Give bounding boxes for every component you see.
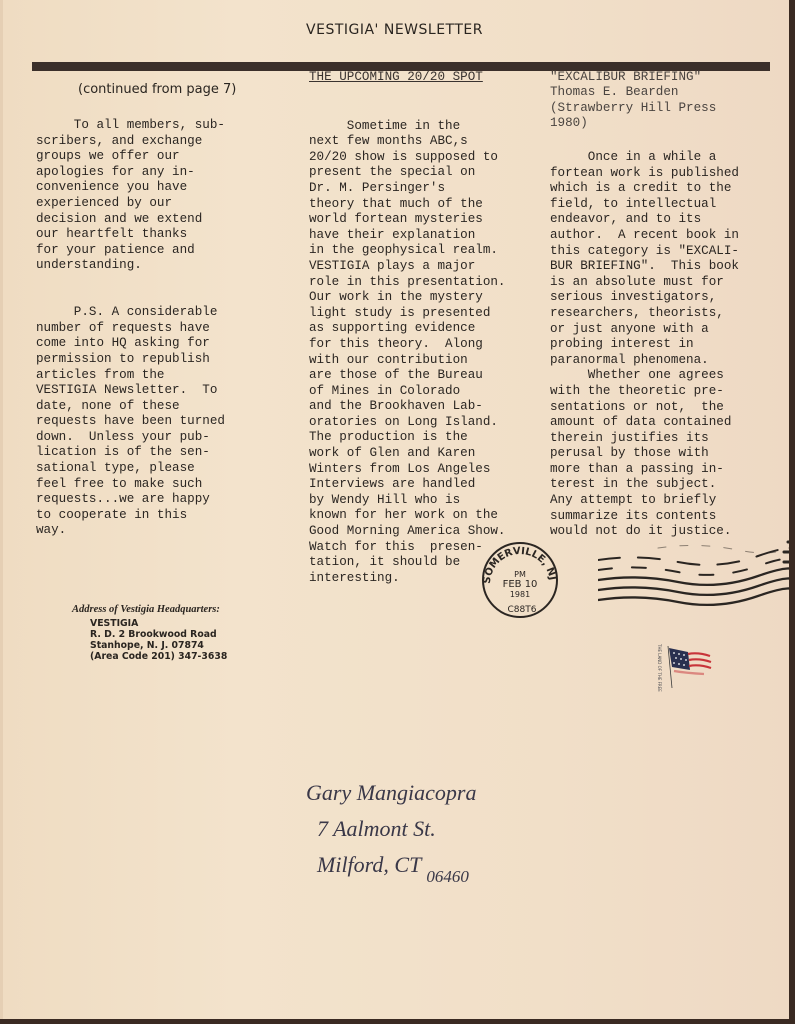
postmark-year: 1981 bbox=[510, 590, 530, 599]
recipient-city: Milford, CT bbox=[317, 852, 421, 877]
column3-body: Once in a while a fortean work is publis… bbox=[550, 150, 739, 540]
column1-body: To all members, sub- scribers, and excha… bbox=[36, 118, 225, 539]
column2-body: Sometime in the next few months ABC,s 20… bbox=[309, 103, 506, 586]
newsletter-page: VESTIGIA' NEWSLETTER (continued from pag… bbox=[0, 0, 789, 1019]
page-edge bbox=[0, 0, 3, 1019]
recipient-street: 7 Aalmont St. bbox=[317, 816, 436, 841]
recipient-address: Gary Mangiacopra 7 Aalmont St. Milford, … bbox=[306, 775, 476, 885]
masthead-title: VESTIGIA' NEWSLETTER bbox=[0, 22, 789, 38]
postmark-time: PM bbox=[514, 570, 526, 579]
recipient-name: Gary Mangiacopra bbox=[306, 780, 476, 805]
scan-border-bottom bbox=[0, 1019, 795, 1024]
postmark-code: C88T6 bbox=[508, 605, 537, 615]
scan-border-right bbox=[789, 0, 795, 1024]
cancellation-wave-lines-icon bbox=[598, 540, 795, 610]
book-review-header: "EXCALIBUR BRIEFING" Thomas E. Bearden (… bbox=[550, 70, 716, 132]
postmark-date: FEB 10 bbox=[503, 579, 538, 590]
continued-note: (continued from page 7) bbox=[78, 82, 236, 97]
recipient-zip: 06460 bbox=[426, 867, 469, 886]
flag-postage-stamp-icon: THE LAND OF THE FREE bbox=[652, 640, 732, 700]
article-title-2020-spot: THE UPCOMING 20/20 SPOT bbox=[309, 70, 483, 84]
stamp-side-text: THE LAND OF THE FREE bbox=[657, 643, 662, 692]
headquarters-address: VESTIGIA R. D. 2 Brookwood Road Stanhope… bbox=[90, 618, 227, 662]
address-label: Address of Vestigia Headquarters: bbox=[72, 604, 220, 615]
postmark-stamp-icon: SOMERVILLE, NJ PM FEB 10 1981 C88T6 bbox=[480, 540, 560, 620]
